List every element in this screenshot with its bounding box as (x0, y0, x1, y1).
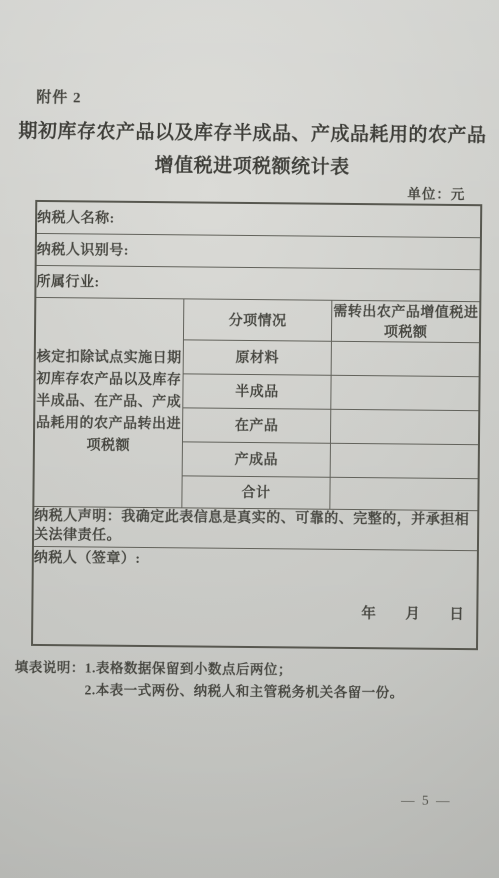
item-label: 半成品 (183, 373, 332, 408)
instruction-item-1: 1.表格数据保留到小数点后两位； (85, 657, 404, 682)
item-label: 产成品 (182, 441, 331, 476)
year-label: 年 (361, 602, 376, 623)
page-title-line2: 增值税进项税额统计表 (155, 155, 350, 178)
page-title-line1: 期初库存农产品以及库存半成品、产成品耗用的农产品 (18, 121, 486, 146)
month-label: 月 (405, 603, 420, 624)
column-header-item: 分项情况 (183, 298, 332, 340)
declaration-row: 纳税人声明：我确定此表信息是真实的、可靠的、完整的，并承担相关法律责任。 (33, 506, 478, 550)
item-label: 在产品 (182, 407, 331, 442)
page-title: 期初库存农产品以及库存半成品、产成品耗用的农产品 增值税进项税额统计表 (2, 115, 499, 186)
value-cell (331, 409, 480, 444)
scanned-document-photo: 附件 2 期初库存农产品以及库存半成品、产成品耗用的农产品 增值税进项税额统计表… (0, 0, 499, 878)
table-row: 纳税人名称: (36, 201, 481, 237)
signature-cell: 纳税人（签章）: 年 月 日 (32, 546, 478, 649)
day-label: 日 (449, 603, 464, 624)
page-number: — 5 — (401, 792, 452, 808)
unit-label: 单位：元 (407, 183, 465, 204)
value-cell (330, 477, 479, 510)
declaration-text: 纳税人声明：我确定此表信息是真实的、可靠的、完整的，并承担相关法律责任。 (33, 506, 478, 550)
value-cell (330, 443, 479, 478)
merged-row-header: 核定扣除试点实施日期初库存农产品以及库存半成品、在产品、产成品耗用的农产品转出进… (33, 297, 183, 507)
column-header-value: 需转出农产品增值税进项税额 (332, 300, 481, 342)
attachment-label: 附件 2 (36, 86, 81, 107)
instruction-item-2: 2.本表一式两份、纳税人和主管税务机关各留一份。 (84, 679, 403, 704)
signature-label: 纳税人（签章）: (34, 550, 141, 566)
date-fields: 年 月 日 (361, 602, 464, 624)
industry-field: 所属行业: (35, 265, 480, 301)
paper-sheet: 附件 2 期初库存农产品以及库存半成品、产成品耗用的农产品 增值税进项税额统计表… (0, 0, 499, 878)
item-label: 原材料 (183, 339, 332, 374)
table-row: 纳税人识别号: (36, 233, 481, 269)
table-row: 所属行业: (35, 265, 480, 301)
filling-instructions: 填表说明： 1.表格数据保留到小数点后两位； 2.本表一式两份、纳税人和主管税务… (14, 657, 404, 705)
value-cell (331, 375, 480, 410)
signature-row: 纳税人（签章）: 年 月 日 (32, 546, 478, 649)
taxpayer-id-field: 纳税人识别号: (36, 233, 481, 269)
total-label: 合计 (182, 475, 331, 508)
instructions-label: 填表说明： (15, 657, 85, 680)
value-cell (331, 341, 480, 376)
form-table: 纳税人名称: 纳税人识别号: 所属行业: 核定扣除试点实施日期初库存农产品以及库… (31, 200, 482, 650)
table-header-row: 核定扣除试点实施日期初库存农产品以及库存半成品、在产品、产成品耗用的农产品转出进… (35, 297, 480, 342)
taxpayer-name-field: 纳税人名称: (36, 201, 481, 237)
instructions-items: 1.表格数据保留到小数点后两位； 2.本表一式两份、纳税人和主管税务机关各留一份… (84, 657, 404, 704)
